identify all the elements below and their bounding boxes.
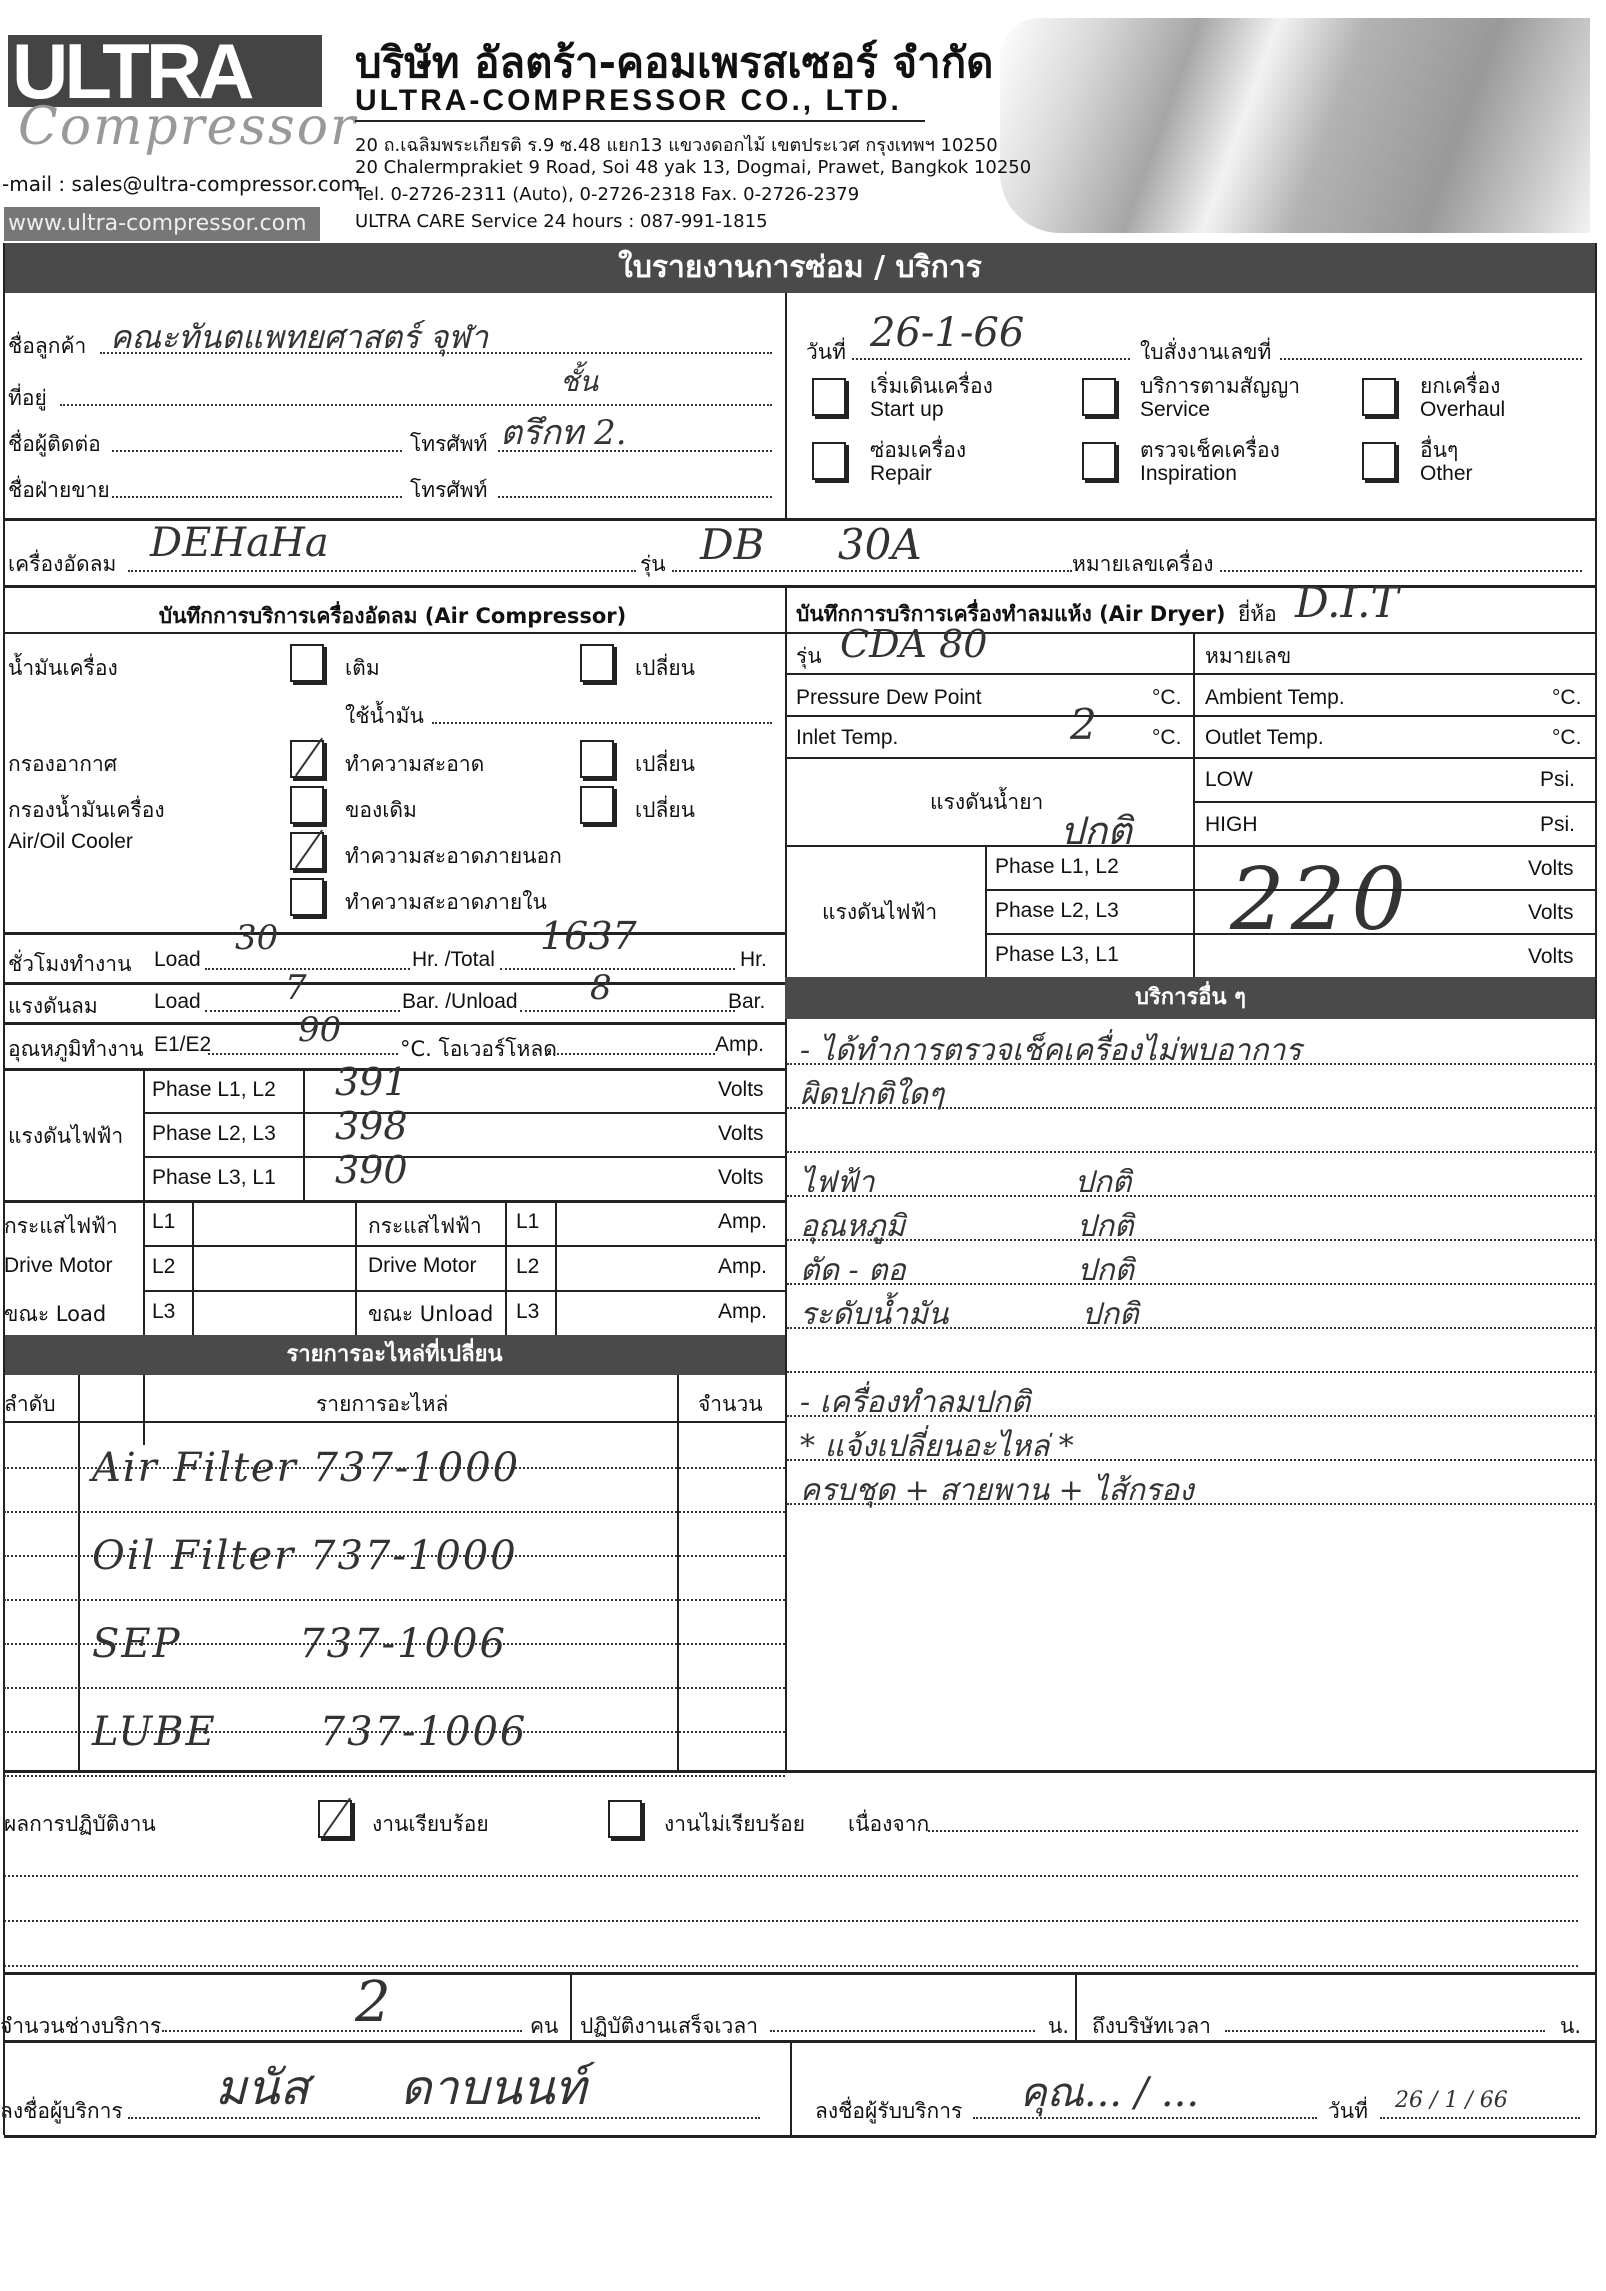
date-field[interactable]: 26-1-66 xyxy=(870,310,1024,356)
service-type-checkbox[interactable] xyxy=(812,378,846,416)
dryer-model-label: รุ่น xyxy=(796,640,822,673)
result-not-ok-checkbox[interactable] xyxy=(608,1800,642,1838)
ambient-temp-label: Ambient Temp. xyxy=(1205,686,1345,710)
other-service-note[interactable]: อุณหภูมิ ปกติ xyxy=(800,1203,1134,1250)
row-divider xyxy=(143,1245,785,1247)
service-type-english: Inspiration xyxy=(1140,462,1237,486)
technician-count-field[interactable]: 2 xyxy=(355,1970,391,2035)
service-type-english: Overhaul xyxy=(1420,398,1505,422)
drive-motor-label-right: Drive Motor xyxy=(368,1254,477,1278)
dryer-brand-field[interactable]: D.I.T xyxy=(1295,578,1398,627)
service-type-english: Repair xyxy=(870,462,932,486)
cooler-outside-checkbox[interactable] xyxy=(290,832,324,870)
sign-date-field[interactable]: 26 / 1 / 66 xyxy=(1395,2088,1508,2113)
contact-phone-label: โทรศัพท์ xyxy=(410,428,487,461)
parts-col-item: รายการอะไหล่ xyxy=(316,1388,448,1421)
arrive-time-label: ถึงบริษัทเวลา xyxy=(1092,2010,1211,2043)
inlet-temp-field[interactable]: 2 xyxy=(1070,700,1097,749)
dryer-phase-unit: Volts xyxy=(1528,857,1574,881)
engine-oil-label: น้ำมันเครื่อง xyxy=(8,652,118,685)
part-row-item[interactable]: SEP 737-1006 xyxy=(92,1621,507,1667)
dotted-line xyxy=(787,1151,1596,1153)
hours-total-field[interactable]: 1637 xyxy=(540,914,637,958)
run-hours-label: ชั่วโมงทำงาน xyxy=(8,948,131,981)
oil-filter-change-label: เปลี่ยน xyxy=(635,794,695,827)
parts-col-no: ลำดับ xyxy=(4,1388,56,1421)
hours-total-label: Hr. /Total xyxy=(412,948,495,972)
current-label-right: กระแสไฟฟ้า xyxy=(368,1210,482,1243)
dryer-voltage-label: แรงดันไฟฟ้า xyxy=(822,896,937,929)
service-type-checkbox[interactable] xyxy=(1082,442,1116,480)
service-type-checkbox[interactable] xyxy=(1082,378,1116,416)
service-type-checkbox[interactable] xyxy=(1362,378,1396,416)
oil-used-label: ใช้น้ำมัน xyxy=(345,700,424,733)
service-hotline: ULTRA CARE Service 24 hours : 087-991-18… xyxy=(355,211,768,232)
result-ok-checkbox[interactable] xyxy=(318,1800,352,1838)
phase-voltage-unit: Volts xyxy=(718,1122,764,1146)
company-phone: Tel. 0-2726-2311 (Auto), 0-2726-2318 Fax… xyxy=(355,184,859,205)
other-service-note[interactable]: ครบชุด + สายพาน + ไส้กรอง xyxy=(800,1467,1194,1514)
line-label-unload: L3 xyxy=(516,1300,539,1324)
current-label-left: กระแสไฟฟ้า xyxy=(4,1210,118,1243)
current-unit: Amp. xyxy=(718,1210,767,1234)
operating-temp-label: อุณหภูมิทำงาน xyxy=(8,1033,144,1066)
dryer-phase-label: Phase L1, L2 xyxy=(995,855,1119,879)
hours-unit: Hr. xyxy=(740,948,767,972)
dotted-line xyxy=(4,1599,785,1601)
form-title: ใบรายงานการซ่อม / บริการ xyxy=(4,243,1596,293)
dryer-serial-label: หมายเลข xyxy=(1205,640,1291,673)
receiver-signature-label: ลงชื่อผู้รับบริการ xyxy=(815,2095,962,2128)
other-service-note[interactable]: ตัด - ตอ ปกติ xyxy=(800,1247,1134,1294)
overload-label: °C. โอเวอร์โหลด xyxy=(400,1033,557,1066)
service-type-checkbox[interactable] xyxy=(1362,442,1396,480)
sales-label: ชื่อฝ่ายขาย xyxy=(8,474,110,507)
drive-motor-label-left: Drive Motor xyxy=(4,1254,113,1278)
low-pressure-unit: Psi. xyxy=(1540,768,1575,792)
parts-col-qty: จำนวน xyxy=(698,1388,763,1421)
dryer-phase-label: Phase L3, L1 xyxy=(995,943,1119,967)
address-thai: 20 ถ.เฉลิมพระเกียรติ ร.9 ซ.48 แยก13 แขวง… xyxy=(355,130,998,159)
line-label-unload: L1 xyxy=(516,1210,539,1234)
part-row-item[interactable]: Oil Filter 737-1000 xyxy=(92,1533,518,1579)
logo-script: Compressor xyxy=(18,97,357,157)
phase-voltage-unit: Volts xyxy=(718,1166,764,1190)
dryer-phase-label: Phase L2, L3 xyxy=(995,899,1119,923)
dew-point-unit: °C. xyxy=(1152,686,1181,710)
column-divider xyxy=(1193,845,1195,977)
air-filter-change-label: เปลี่ยน xyxy=(635,748,695,781)
sales-phone-label: โทรศัพท์ xyxy=(410,474,487,507)
hours-load-field[interactable]: 30 xyxy=(235,918,278,958)
line-label-unload: L2 xyxy=(516,1255,539,1279)
compressor-brand-label: เครื่องอัดลม xyxy=(8,548,116,581)
outlet-temp-label: Outlet Temp. xyxy=(1205,726,1324,750)
compressor-section-title: บันทึกการบริการเครื่องอัดลม (Air Compres… xyxy=(0,600,785,633)
other-service-note[interactable]: ระดับน้ำมัน ปกติ xyxy=(800,1291,1139,1338)
phase-voltage-field[interactable]: 398 xyxy=(335,1104,408,1148)
compressor-model-label: รุ่น xyxy=(640,548,666,581)
overload-unit: Amp. xyxy=(715,1033,764,1057)
cooler-inside-label: ทำความสะอาดภายใน xyxy=(345,886,547,919)
other-service-note[interactable]: - เครื่องทำลมปกติ xyxy=(800,1379,1030,1426)
row-divider xyxy=(143,1156,785,1158)
phase-voltage-field[interactable]: 390 xyxy=(335,1148,408,1192)
dew-point-label: Pressure Dew Point xyxy=(796,686,982,710)
serial-label: หมายเลขเครื่อง xyxy=(1072,548,1214,581)
current-unit: Amp. xyxy=(718,1300,767,1324)
refrigerant-pressure-label: แรงดันน้ำยา xyxy=(930,786,1043,819)
low-pressure-label: LOW xyxy=(1205,768,1253,792)
compressor-artwork xyxy=(1000,18,1590,233)
company-name-english: ULTRA-COMPRESSOR CO., LTD. xyxy=(355,84,902,118)
oil-filter-keep-label: ของเดิม xyxy=(345,794,417,827)
phase-label: Phase L1, L2 xyxy=(152,1078,276,1102)
line-label-load: L3 xyxy=(152,1300,175,1324)
parts-section-title: รายการอะไหล่ที่เปลี่ยน xyxy=(4,1335,785,1375)
phase-label: Phase L2, L3 xyxy=(152,1122,276,1146)
oil-change-label: เปลี่ยน xyxy=(635,652,695,685)
compressor-voltage-label: แรงดันไฟฟ้า xyxy=(8,1120,123,1153)
provider-signature-field[interactable]: มนัส ดาบนนท์ xyxy=(215,2050,586,2126)
phase-voltage-unit: Volts xyxy=(718,1078,764,1102)
customer-name-label: ชื่อลูกค้า xyxy=(8,330,86,363)
air-filter-clean-label: ทำความสะอาด xyxy=(345,748,484,781)
other-service-note[interactable]: * แจ้งเปลี่ยนอะไหล่ * xyxy=(800,1423,1074,1470)
result-not-ok-label: งานไม่เรียบร้อย xyxy=(664,1808,805,1841)
air-filter-label: กรองอากาศ xyxy=(8,748,117,781)
because-label: เนื่องจาก xyxy=(848,1808,929,1841)
oil-fill-label: เติม xyxy=(345,652,380,685)
date-label: วันที่ xyxy=(806,336,846,369)
dotted-line xyxy=(4,1775,785,1777)
hours-load-label: Load xyxy=(154,948,201,972)
sign-date-label: วันที่ xyxy=(1328,2095,1368,2128)
unload-state-label: ขณะ Unload xyxy=(368,1298,493,1331)
receiver-signature-field[interactable]: คุณ... / ... xyxy=(1020,2060,1199,2124)
outlet-temp-unit: °C. xyxy=(1552,726,1581,750)
dryer-voltage-field[interactable]: 220 xyxy=(1230,850,1412,950)
pressure-load-label: Load xyxy=(154,990,201,1014)
service-type-checkbox[interactable] xyxy=(812,442,846,480)
provider-signature-label: ลงชื่อผู้บริการ xyxy=(0,2095,123,2128)
high-pressure-unit: Psi. xyxy=(1540,813,1575,837)
arrive-time-unit: น. xyxy=(1560,2010,1581,2043)
row-divider xyxy=(143,1112,785,1114)
cooler-outside-label: ทำความสะอาดภายนอก xyxy=(345,840,562,873)
result-ok-label: งานเรียบร้อย xyxy=(372,1808,489,1841)
address-field[interactable]: ชั้น xyxy=(560,360,598,404)
result-label: ผลการปฏิบัติงาน xyxy=(4,1808,156,1841)
line-label-load: L1 xyxy=(152,1210,175,1234)
oil-filter-keep-checkbox[interactable] xyxy=(290,786,324,824)
pressure-load-field[interactable]: 7 xyxy=(285,968,307,1008)
contact-phone-field[interactable]: ตรึกท 2. xyxy=(500,405,627,459)
contact-label: ชื่อผู้ติดต่อ xyxy=(8,428,101,461)
pressure-unload-label: Bar. /Unload xyxy=(402,990,518,1014)
e1e2-label: E1/E2 xyxy=(154,1033,211,1057)
dryer-model-field[interactable]: CDA 80 xyxy=(840,622,987,666)
other-service-note[interactable]: - ได้ทำการตรวจเช็คเครื่องไม่พบอาการ xyxy=(800,1027,1301,1074)
finish-time-label: ปฏิบัติงานเสร็จเวลา xyxy=(580,2010,758,2043)
row-divider xyxy=(985,889,1596,891)
refrigerant-pressure-field[interactable]: ปกติ xyxy=(1060,800,1132,861)
service-type-english: Other xyxy=(1420,462,1473,486)
technician-count-unit: คน xyxy=(530,2010,558,2043)
dotted-line xyxy=(787,1371,1596,1373)
service-type-english: Service xyxy=(1140,398,1210,422)
oil-fill-checkbox[interactable] xyxy=(290,644,324,682)
dryer-phase-unit: Volts xyxy=(1528,901,1574,925)
oil-filter-change-checkbox[interactable] xyxy=(580,786,614,824)
compressor-model-field[interactable]: DB 30A xyxy=(700,520,922,569)
pressure-unit: Bar. xyxy=(728,990,765,1014)
other-service-note[interactable]: ผิดปกติใดๆ xyxy=(800,1071,944,1118)
air-filter-change-checkbox[interactable] xyxy=(580,740,614,778)
inlet-temp-label: Inlet Temp. xyxy=(796,726,898,750)
air-pressure-label: แรงดันลม xyxy=(8,990,98,1023)
line-label-load: L2 xyxy=(152,1255,175,1279)
part-row-item[interactable]: Air Filter 737-1000 xyxy=(92,1445,520,1491)
oil-filter-label: กรองน้ำมันเครื่อง xyxy=(8,794,165,827)
dotted-line xyxy=(4,1511,785,1513)
row-divider xyxy=(985,933,1596,935)
address-english: 20 Chalermprakiet 9 Road, Soi 48 yak 13,… xyxy=(355,157,1031,178)
current-unit: Amp. xyxy=(718,1255,767,1279)
phase-voltage-field[interactable]: 391 xyxy=(335,1060,408,1104)
other-service-note[interactable]: ไฟฟ้า ปกติ xyxy=(800,1159,1131,1206)
oil-change-checkbox[interactable] xyxy=(580,644,614,682)
dotted-line xyxy=(4,1687,785,1689)
technician-count-label: จำนวนช่างบริการ xyxy=(0,2010,161,2043)
dryer-brand-label: ยี่ห้อ xyxy=(1238,598,1277,631)
air-filter-clean-checkbox[interactable] xyxy=(290,740,324,778)
customer-name-field[interactable]: คณะทันตแพทยศาสตร์ จุฬา xyxy=(110,312,488,363)
compressor-brand-field[interactable]: DEHaHa xyxy=(150,520,329,566)
pressure-unload-field[interactable]: 8 xyxy=(590,968,612,1008)
work-order-label: ใบสั่งงานเลขที่ xyxy=(1140,336,1271,369)
cooler-inside-checkbox[interactable] xyxy=(290,878,324,916)
dryer-phase-unit: Volts xyxy=(1528,945,1574,969)
address-label: ที่อยู่ xyxy=(8,382,47,415)
high-pressure-label: HIGH xyxy=(1205,813,1258,837)
ambient-temp-unit: °C. xyxy=(1552,686,1581,710)
part-row-item[interactable]: LUBE 737-1006 xyxy=(92,1709,527,1755)
cooler-label: Air/Oil Cooler xyxy=(8,830,133,854)
company-website: www.ultra-compressor.com xyxy=(4,207,320,241)
company-email: -mail : sales@ultra-compressor.com xyxy=(2,172,360,196)
other-services-title: บริการอื่น ๆ xyxy=(785,977,1596,1019)
service-type-english: Start up xyxy=(870,398,944,422)
row-divider xyxy=(143,1290,785,1292)
inlet-temp-unit: °C. xyxy=(1152,726,1181,750)
load-state-label: ขณะ Load xyxy=(4,1298,106,1331)
company-logo: ULTRA Compressor xyxy=(8,35,318,135)
finish-time-unit: น. xyxy=(1048,2010,1069,2043)
phase-label: Phase L3, L1 xyxy=(152,1166,276,1190)
operating-temp-field[interactable]: 90 xyxy=(298,1010,341,1050)
